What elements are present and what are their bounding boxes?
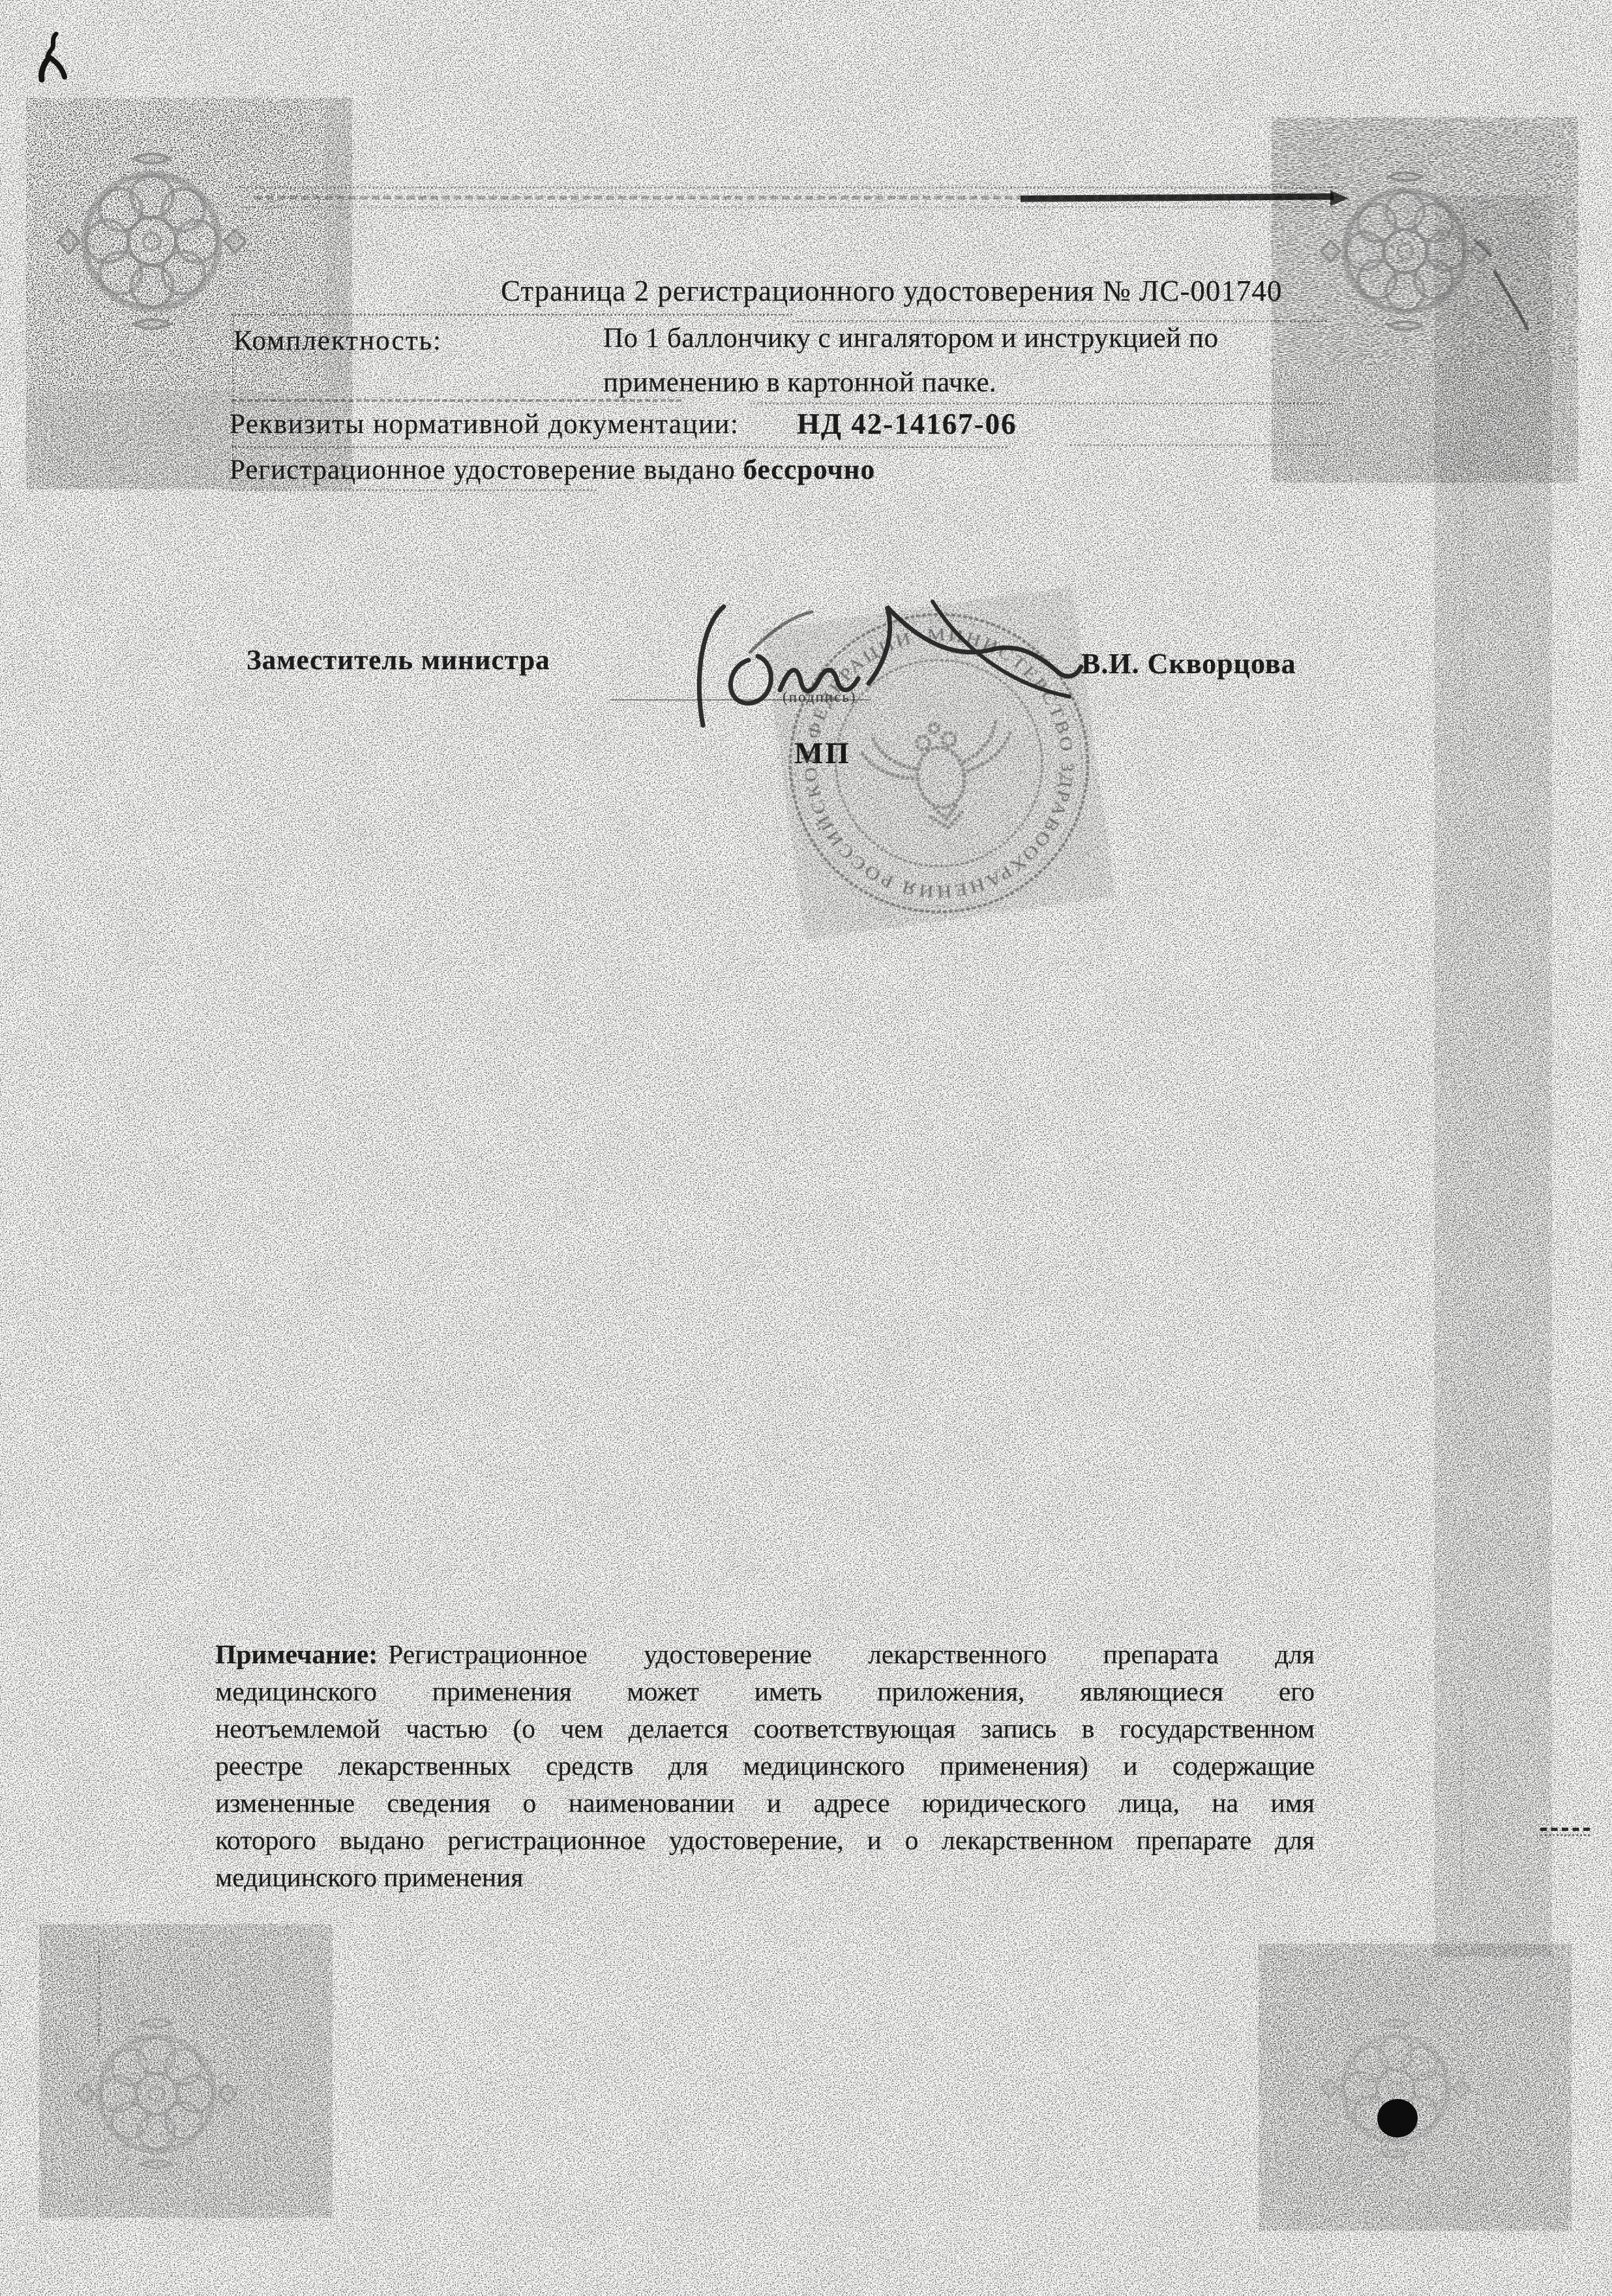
divider-line xyxy=(1069,444,1330,446)
note-label: Примечание: xyxy=(215,1639,378,1669)
edge-artifact-dash xyxy=(1540,1828,1590,1836)
page-header: Страница 2 регистрационного удостоверени… xyxy=(501,274,1282,308)
border-dark-segment xyxy=(1021,193,1334,202)
issued-prefix: Регистрационное удостоверение выдано xyxy=(230,455,743,485)
border-dotted-line xyxy=(241,206,1337,208)
border-dotted-line xyxy=(235,187,1337,189)
divider-line xyxy=(231,399,681,402)
note-line: которого выдано регистрационное удостове… xyxy=(215,1824,1315,1862)
signer-name: В.И. Скворцова xyxy=(1081,647,1296,680)
signer-position-title: Заместитель министра xyxy=(246,644,550,676)
ministry-round-seal: МИНИСТЕРСТВО ЗДРАВООХРАНЕНИЯ РОССИЙСКОЙ … xyxy=(762,586,1116,940)
note-line: неотъемлемой частью (о чем делается соот… xyxy=(215,1713,1315,1750)
guilloche-rosette-top-right xyxy=(1317,163,1493,339)
guilloche-rosette-bottom-right xyxy=(1319,2012,1472,2166)
completeness-value-line1: По 1 баллончику с ингалятором и инструкц… xyxy=(603,322,1218,354)
guilloche-rosette-top-left xyxy=(54,143,250,339)
note-line: реестре лекарственных средств для медици… xyxy=(215,1750,1315,1787)
note-line: медицинского применения xyxy=(215,1862,1315,1899)
divider-line xyxy=(231,314,792,316)
faded-right-border xyxy=(1462,209,1464,796)
divider-line xyxy=(231,446,1007,448)
divider-line xyxy=(231,489,597,491)
note-text: Регистрационное удостоверение лекарствен… xyxy=(388,1639,1315,1669)
faded-left-border xyxy=(98,1950,100,2042)
issued-statement: Регистрационное удостоверение выдано бес… xyxy=(230,454,875,486)
note-line: Примечание:Регистрационное удостоверение… xyxy=(215,1639,1315,1676)
faded-right-border xyxy=(1461,1683,1463,1905)
completeness-label: Комплектность: xyxy=(233,325,442,357)
scanned-certificate-page: Страница 2 регистрационного удостоверени… xyxy=(0,0,1612,2296)
normative-docs-value: НД 42-14167-06 xyxy=(797,407,1017,441)
guilloche-border-top xyxy=(235,187,1337,213)
completeness-value-line2: применению в картонной пачке. xyxy=(603,367,996,399)
note-line: измененные сведения о наименовании и адр… xyxy=(215,1787,1315,1824)
note-line: медицинского применения может иметь прил… xyxy=(215,1676,1315,1713)
divider-line xyxy=(750,402,1330,404)
pen-check-mark xyxy=(41,34,65,80)
normative-docs-label: Реквизиты нормативной документации: xyxy=(230,408,739,440)
issued-term: бессрочно xyxy=(743,455,876,485)
